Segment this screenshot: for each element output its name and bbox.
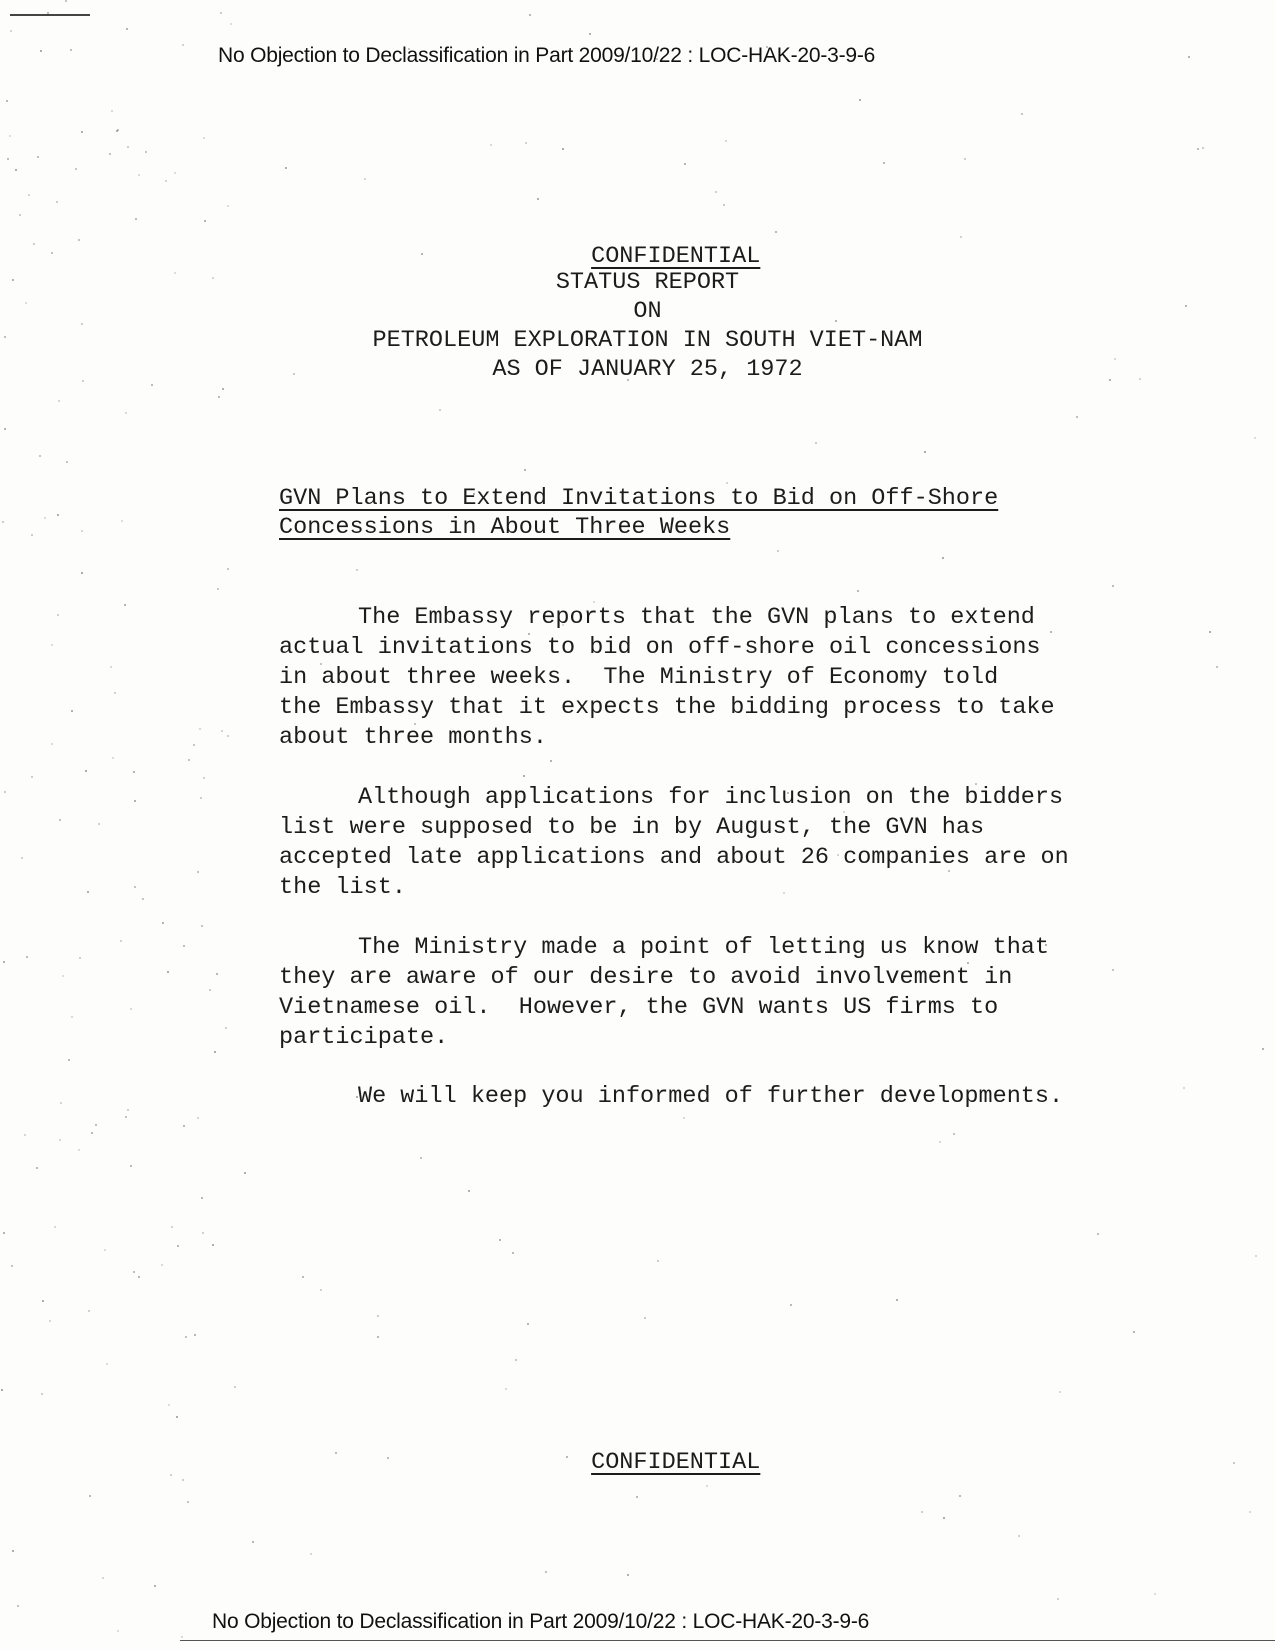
scan-speck (1216, 666, 1218, 668)
scan-speck (134, 800, 136, 802)
scan-speck (12, 279, 14, 281)
scan-speck (214, 1051, 216, 1053)
scan-speck (200, 797, 202, 799)
scan-speck (490, 144, 492, 146)
scan-speck (414, 723, 416, 725)
scan-speck (777, 550, 779, 552)
scan-speck (47, 12, 49, 14)
scan-speck (1112, 969, 1114, 971)
scan-speck (54, 1226, 56, 1228)
scan-speck (126, 28, 128, 30)
scan-speck (364, 178, 366, 180)
scan-speck (31, 776, 33, 778)
scan-speck (57, 514, 59, 516)
scan-speck (162, 922, 164, 924)
scan-speck (975, 783, 977, 785)
scan-speck (1, 1389, 3, 1391)
scan-speck (1202, 147, 1204, 149)
paragraph-4: We will keep you informed of further dev… (279, 1082, 1063, 1112)
scan-speck (24, 1134, 26, 1136)
scan-speck (528, 633, 530, 635)
declassification-stamp-top: No Objection to Declassification in Part… (218, 44, 875, 68)
scan-speck (320, 1289, 322, 1291)
scan-speck (683, 1117, 685, 1119)
scan-speck (165, 180, 167, 182)
scan-speck (109, 153, 111, 155)
scan-speck (10, 30, 12, 32)
scan-speck (857, 590, 859, 592)
scan-speck (28, 194, 30, 196)
paragraph-line: the list. (279, 873, 1069, 903)
scan-speck (684, 163, 686, 165)
scan-speck (81, 131, 83, 133)
scan-speck (98, 823, 100, 825)
scan-speck (51, 644, 53, 646)
scan-speck (161, 1264, 163, 1266)
scan-speck (26, 956, 28, 958)
scan-speck (356, 569, 358, 571)
scan-speck (59, 1139, 61, 1141)
scan-speck (130, 1165, 132, 1167)
scan-speck (959, 1495, 961, 1497)
scan-speck (6, 100, 8, 102)
scan-speck (1076, 416, 1078, 418)
paragraph-2: Although applications for inclusion on t… (279, 783, 1069, 903)
scan-speck (1018, 1535, 1020, 1537)
scan-speck (725, 140, 727, 142)
scan-speck (1154, 1593, 1156, 1595)
scan-speck (174, 172, 176, 174)
scan-speck (197, 1117, 199, 1119)
scan-speck (95, 1124, 97, 1126)
scan-speck (1197, 148, 1199, 150)
scan-speck (859, 99, 861, 101)
scan-speck (1114, 358, 1116, 360)
document-page: No Objection to Declassification in Part… (0, 0, 1275, 1650)
scan-speck (377, 1315, 379, 1317)
scan-speck (566, 1456, 568, 1458)
scan-speck (220, 12, 222, 14)
paragraph-line: We will keep you informed of further dev… (279, 1082, 1063, 1112)
scan-speck (1021, 113, 1023, 115)
scan-speck (325, 734, 327, 736)
scan-speck (285, 167, 287, 169)
scan-speck (843, 811, 845, 813)
scan-speck (117, 129, 119, 131)
scan-speck (545, 1571, 547, 1573)
scan-speck (515, 1359, 517, 1361)
scan-speck (726, 482, 728, 484)
scan-speck (71, 710, 73, 712)
scan-speck (1185, 305, 1187, 307)
classification-marking-bottom: CONFIDENTIAL (10, 1418, 1275, 1508)
scan-speck (1045, 944, 1047, 946)
scan-speck (924, 451, 926, 453)
scan-speck (964, 158, 966, 160)
scan-speck (783, 892, 785, 894)
scan-speck (644, 1317, 646, 1319)
scan-speck (117, 1630, 119, 1632)
scan-speck (39, 455, 41, 457)
scan-speck (285, 1625, 287, 1627)
scan-speck (176, 1416, 178, 1418)
report-title-line-2: ON (10, 297, 1275, 327)
scan-speck (846, 825, 848, 827)
scan-speck (252, 1541, 254, 1543)
scan-speck (171, 1226, 173, 1228)
paragraph-line: the Embassy that it expects the bidding … (279, 693, 1055, 723)
scan-speck (56, 201, 58, 203)
paragraph-line: participate. (279, 1023, 1049, 1053)
scan-speck (656, 58, 658, 60)
scan-speck (37, 156, 39, 158)
scan-speck (815, 442, 817, 444)
scan-speck (524, 469, 526, 471)
scan-speck (78, 239, 80, 241)
scan-speck (1209, 631, 1211, 633)
scan-speck (65, 0, 67, 2)
scan-speck (11, 1265, 13, 1267)
scan-speck (181, 1636, 183, 1638)
scan-speck (51, 743, 53, 745)
scan-speck (527, 1323, 529, 1325)
scan-speck (204, 220, 206, 222)
scan-speck (89, 1495, 91, 1497)
scan-speck (1254, 437, 1256, 439)
scan-speck (167, 971, 169, 973)
scan-speck (51, 252, 53, 254)
scan-speck (188, 759, 190, 761)
scan-speck (2, 521, 4, 523)
scan-speck (335, 1452, 337, 1454)
scan-speck (421, 253, 423, 255)
scan-speck (221, 730, 223, 732)
scan-speck (627, 379, 629, 381)
scan-speck (68, 1059, 70, 1061)
scan-speck (193, 744, 195, 746)
scan-speck (102, 1577, 104, 1579)
scan-speck (217, 588, 219, 590)
scan-speck (110, 666, 112, 668)
scan-speck (948, 870, 950, 872)
scan-speck (921, 1511, 923, 1513)
paragraph-line: about three months. (279, 723, 1055, 753)
scan-speck (201, 925, 203, 927)
report-title-line-4: AS OF JANUARY 25, 1972 (10, 355, 1275, 385)
scan-speck (903, 972, 905, 974)
scan-speck (896, 1299, 898, 1301)
scan-speck (706, 1485, 708, 1487)
scan-speck (835, 320, 837, 322)
paragraph-line: they are aware of our desire to avoid in… (279, 963, 1049, 993)
scan-speck (227, 568, 229, 570)
scan-speck (1057, 1598, 1059, 1600)
paragraph-1: The Embassy reports that the GVN plans t… (279, 603, 1055, 753)
scan-speck (562, 148, 564, 150)
scan-speck (183, 945, 185, 947)
scan-speck (183, 1125, 185, 1127)
scan-speck (71, 1016, 73, 1018)
scan-speck (320, 663, 322, 665)
scan-speck (121, 520, 123, 522)
paragraph-line: Vietnamese oil. However, the GVN wants U… (279, 993, 1049, 1023)
scan-speck (199, 728, 201, 730)
scan-speck (550, 760, 552, 762)
scan-speck (41, 1393, 43, 1395)
scan-speck (201, 1197, 203, 1199)
scan-speck (15, 169, 17, 171)
paragraph-line: Although applications for inclusion on t… (279, 783, 1069, 813)
scan-speck (142, 898, 144, 900)
scan-speck (387, 1457, 389, 1459)
scan-speck (960, 236, 962, 238)
scan-speck (138, 1276, 140, 1278)
scan-speck (133, 1271, 135, 1273)
scan-speck (408, 48, 410, 50)
scan-speck (1183, 1087, 1185, 1089)
scan-speck (529, 14, 531, 16)
scan-speck (182, 1479, 184, 1481)
scan-speck (7, 158, 9, 160)
scan-speck (212, 277, 214, 279)
scan-speck (203, 137, 205, 139)
scan-speck (218, 396, 220, 398)
scan-speck (81, 323, 83, 325)
scan-speck (3, 961, 5, 963)
scan-speck (177, 1245, 179, 1247)
scan-speck (525, 142, 527, 144)
scan-speck (302, 1276, 304, 1278)
scan-speck (420, 1157, 422, 1159)
scan-speck (884, 332, 886, 334)
scan-speck (943, 1517, 945, 1519)
classification-label-bottom: CONFIDENTIAL (591, 1449, 760, 1476)
scan-speck (775, 231, 777, 233)
scan-speck (185, 1336, 187, 1338)
paragraph-line: The Embassy reports that the GVN plans t… (279, 603, 1055, 633)
scan-speck (168, 1404, 170, 1406)
scan-speck (225, 1027, 227, 1029)
scan-speck (439, 409, 441, 411)
declassification-stamp-bottom: No Objection to Declassification in Part… (212, 1610, 869, 1634)
scan-speck (87, 891, 89, 893)
scan-speck (60, 1102, 62, 1104)
scan-speck (657, 1260, 659, 1262)
scan-speck (203, 777, 205, 779)
scan-speck (134, 886, 136, 888)
scan-speck (523, 775, 525, 777)
scan-speck (127, 1109, 129, 1111)
scan-speck (942, 557, 944, 559)
scan-artifact-mark (10, 14, 90, 16)
scan-speck (593, 601, 595, 603)
section-heading-line-2: Concessions in About Three Weeks (279, 513, 998, 542)
scan-speck (36, 1167, 38, 1169)
scan-speck (589, 33, 591, 35)
scan-speck (1059, 1391, 1061, 1393)
scan-speck (1097, 1233, 1099, 1235)
scan-speck (212, 1244, 214, 1246)
scan-speck (537, 198, 539, 200)
scan-speck (627, 1574, 629, 1576)
scan-speck (790, 1304, 792, 1306)
scan-speck (967, 962, 969, 964)
scan-speck (81, 572, 83, 574)
scan-speck (468, 1190, 470, 1192)
report-title-line-3: PETROLEUM EXPLORATION IN SOUTH VIET-NAM (10, 326, 1275, 356)
scan-speck (91, 1132, 93, 1134)
scan-speck (227, 205, 229, 207)
scan-speck (499, 1239, 501, 1241)
scan-speck (112, 757, 114, 759)
scan-speck (9, 135, 11, 137)
scan-speck (293, 373, 295, 375)
scan-speck (473, 493, 475, 495)
scan-speck (1262, 1048, 1264, 1050)
scan-speck (66, 461, 68, 463)
paragraph-line: list were supposed to be in by August, t… (279, 813, 1069, 843)
scan-speck (222, 388, 224, 390)
scan-speck (70, 49, 72, 51)
section-heading-line-1: GVN Plans to Extend Invitations to Bid o… (279, 484, 998, 513)
scan-speck (234, 1386, 236, 1388)
scan-speck (230, 23, 232, 25)
scan-speck (57, 614, 59, 616)
scan-speck (49, 1320, 51, 1322)
scan-speck (4, 336, 6, 338)
scan-speck (125, 412, 127, 414)
scan-speck (953, 1133, 955, 1135)
scan-speck (40, 50, 42, 52)
scan-speck (4, 791, 6, 793)
scan-speck (227, 735, 229, 737)
scan-speck (88, 1310, 90, 1312)
scan-speck (127, 146, 129, 148)
scan-speck (85, 770, 87, 772)
scan-speck (216, 973, 218, 975)
scan-speck (174, 272, 176, 274)
scan-speck (151, 384, 153, 386)
scan-speck (197, 871, 199, 873)
scan-speck (135, 218, 137, 220)
scan-speck (209, 989, 211, 991)
scan-speck (79, 957, 81, 959)
scan-speck (125, 1116, 127, 1118)
scan-speck (124, 604, 126, 606)
scan-speck (114, 692, 116, 694)
paragraph-line: accepted late applications and about 26 … (279, 843, 1069, 873)
scan-speck (883, 162, 885, 164)
bottom-rule (180, 1640, 1275, 1641)
report-title-line-1: STATUS REPORT (10, 268, 1275, 298)
scan-speck (138, 174, 140, 176)
scan-speck (837, 854, 839, 856)
section-heading: GVN Plans to Extend Invitations to Bid o… (279, 484, 998, 542)
scan-speck (723, 204, 725, 206)
scan-speck (939, 1141, 941, 1143)
scan-speck (958, 941, 960, 943)
scan-speck (106, 1363, 108, 1365)
scan-speck (356, 1096, 358, 1098)
classification-label-top: CONFIDENTIAL (591, 243, 760, 270)
scan-speck (81, 530, 83, 532)
scan-speck (244, 1172, 246, 1174)
scan-speck (4, 428, 6, 430)
scan-speck (636, 1496, 638, 1498)
scan-speck (202, 1232, 204, 1234)
scan-speck (194, 1334, 196, 1336)
scan-speck (59, 819, 61, 821)
scan-speck (130, 1008, 132, 1010)
paragraph-line: actual invitations to bid on off-shore o… (279, 633, 1055, 663)
scan-speck (1255, 1255, 1257, 1257)
scan-speck (170, 1474, 172, 1476)
scan-speck (25, 302, 27, 304)
scan-speck (33, 243, 35, 245)
scan-speck (19, 214, 21, 216)
scan-speck (715, 191, 717, 193)
scan-speck (44, 517, 46, 519)
scan-speck (1233, 1462, 1235, 1464)
scan-speck (31, 534, 33, 536)
scan-speck (154, 1585, 156, 1587)
scan-speck (377, 1336, 379, 1338)
scan-speck (21, 857, 23, 859)
scan-speck (182, 44, 184, 46)
scan-speck (104, 1249, 106, 1251)
scan-speck (187, 1501, 189, 1503)
scan-speck (1109, 379, 1111, 381)
scan-speck (562, 624, 564, 626)
scan-speck (1112, 585, 1114, 587)
scan-speck (1188, 56, 1190, 58)
scan-speck (82, 380, 84, 382)
scan-speck (512, 1252, 514, 1254)
scan-speck (120, 940, 122, 942)
scan-speck (505, 1388, 507, 1390)
scan-speck (62, 975, 64, 977)
paragraph-line: The Ministry made a point of letting us … (279, 933, 1049, 963)
scan-speck (1050, 631, 1052, 633)
scan-speck (1139, 378, 1141, 380)
scan-speck (1249, 1511, 1251, 1513)
paragraph-3: The Ministry made a point of letting us … (279, 933, 1049, 1053)
scan-speck (766, 46, 768, 48)
scan-speck (111, 110, 113, 112)
scan-speck (133, 771, 135, 773)
scan-speck (17, 1605, 19, 1607)
scan-speck (58, 400, 60, 402)
scan-speck (145, 151, 147, 153)
scan-speck (1133, 1331, 1135, 1333)
scan-speck (75, 168, 77, 170)
scan-speck (42, 1300, 44, 1302)
scan-speck (12, 1550, 14, 1552)
scan-speck (310, 1553, 312, 1555)
paragraph-line: in about three weeks. The Ministry of Ec… (279, 663, 1055, 693)
scan-speck (3, 1232, 5, 1234)
scan-speck (78, 1149, 80, 1151)
scan-speck (787, 792, 789, 794)
